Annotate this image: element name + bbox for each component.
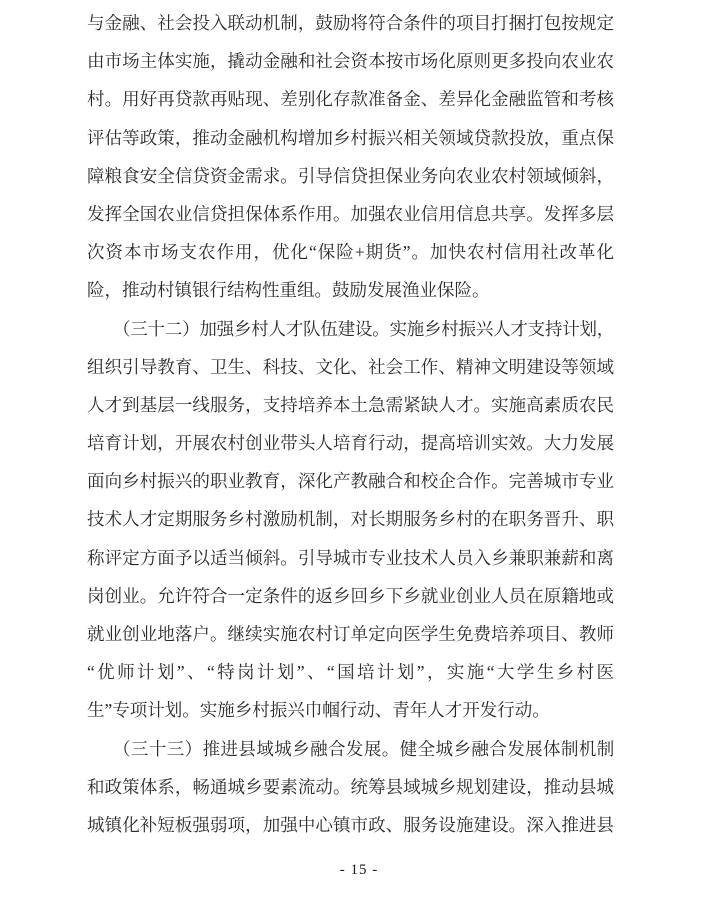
text-line: 障粮食安全信贷资金需求。引导信贷担保业务向农业农村领域倾斜， xyxy=(87,157,614,195)
text-line: 人才到基层一线服务，支持培养本土急需紧缺人才。实施高素质农民 xyxy=(87,386,614,424)
text-line: 村。用好再贷款再贴现、差别化存款准备金、差异化金融监管和考核 xyxy=(87,80,614,118)
text-line: 和政策体系，畅通城乡要素流动。统筹县域城乡规划建设，推动县城 xyxy=(87,768,614,806)
document-body: 与金融、社会投入联动机制，鼓励将符合条件的项目打捆打包按规定由市场主体实施，撬动… xyxy=(87,4,614,844)
text-line: 与金融、社会投入联动机制，鼓励将符合条件的项目打捆打包按规定 xyxy=(87,4,614,42)
text-line: “优师计划”、“特岗计划”、“国培计划”，实施“大学生乡村医 xyxy=(87,653,614,691)
text-line: 就业创业地落户。继续实施农村订单定向医学生免费培养项目、教师 xyxy=(87,615,614,653)
text-line: 称评定方面予以适当倾斜。引导城市专业技术人员入乡兼职兼薪和离 xyxy=(87,539,614,577)
page-footer: - 15 - xyxy=(0,861,718,879)
text-line: 培育计划，开展农村创业带头人培育行动，提高培训实效。大力发展 xyxy=(87,424,614,462)
document-page: 与金融、社会投入联动机制，鼓励将符合条件的项目打捆打包按规定由市场主体实施，撬动… xyxy=(0,0,718,901)
text-line: 城镇化补短板强弱项，加强中心镇市政、服务设施建设。深入推进县 xyxy=(87,806,614,844)
text-line: 面向乡村振兴的职业教育，深化产教融合和校企合作。完善城市专业 xyxy=(87,462,614,500)
text-line: 评估等政策，推动金融机构增加乡村振兴相关领域贷款投放，重点保 xyxy=(87,119,614,157)
text-line: 岗创业。允许符合一定条件的返乡回乡下乡就业创业人员在原籍地或 xyxy=(87,577,614,615)
page-number: - 15 - xyxy=(340,862,379,878)
text-line: 技术人才定期服务乡村激励机制，对长期服务乡村的在职务晋升、职 xyxy=(87,500,614,538)
text-line: 由市场主体实施，撬动金融和社会资本按市场化原则更多投向农业农 xyxy=(87,42,614,80)
text-line: （三十三）推进县域城乡融合发展。健全城乡融合发展体制机制 xyxy=(87,730,614,768)
text-line: 生”专项计划。实施乡村振兴巾帼行动、青年人才开发行动。 xyxy=(87,691,614,729)
text-line: 次资本市场支农作用，优化“保险+期货”。加快农村信用社改革化 xyxy=(87,233,614,271)
text-line: 险，推动村镇银行结构性重组。鼓励发展渔业保险。 xyxy=(87,271,614,309)
text-line: 组织引导教育、卫生、科技、文化、社会工作、精神文明建设等领域 xyxy=(87,348,614,386)
text-line: 发挥全国农业信贷担保体系作用。加强农业信用信息共享。发挥多层 xyxy=(87,195,614,233)
text-line: （三十二）加强乡村人才队伍建设。实施乡村振兴人才支持计划， xyxy=(87,310,614,348)
